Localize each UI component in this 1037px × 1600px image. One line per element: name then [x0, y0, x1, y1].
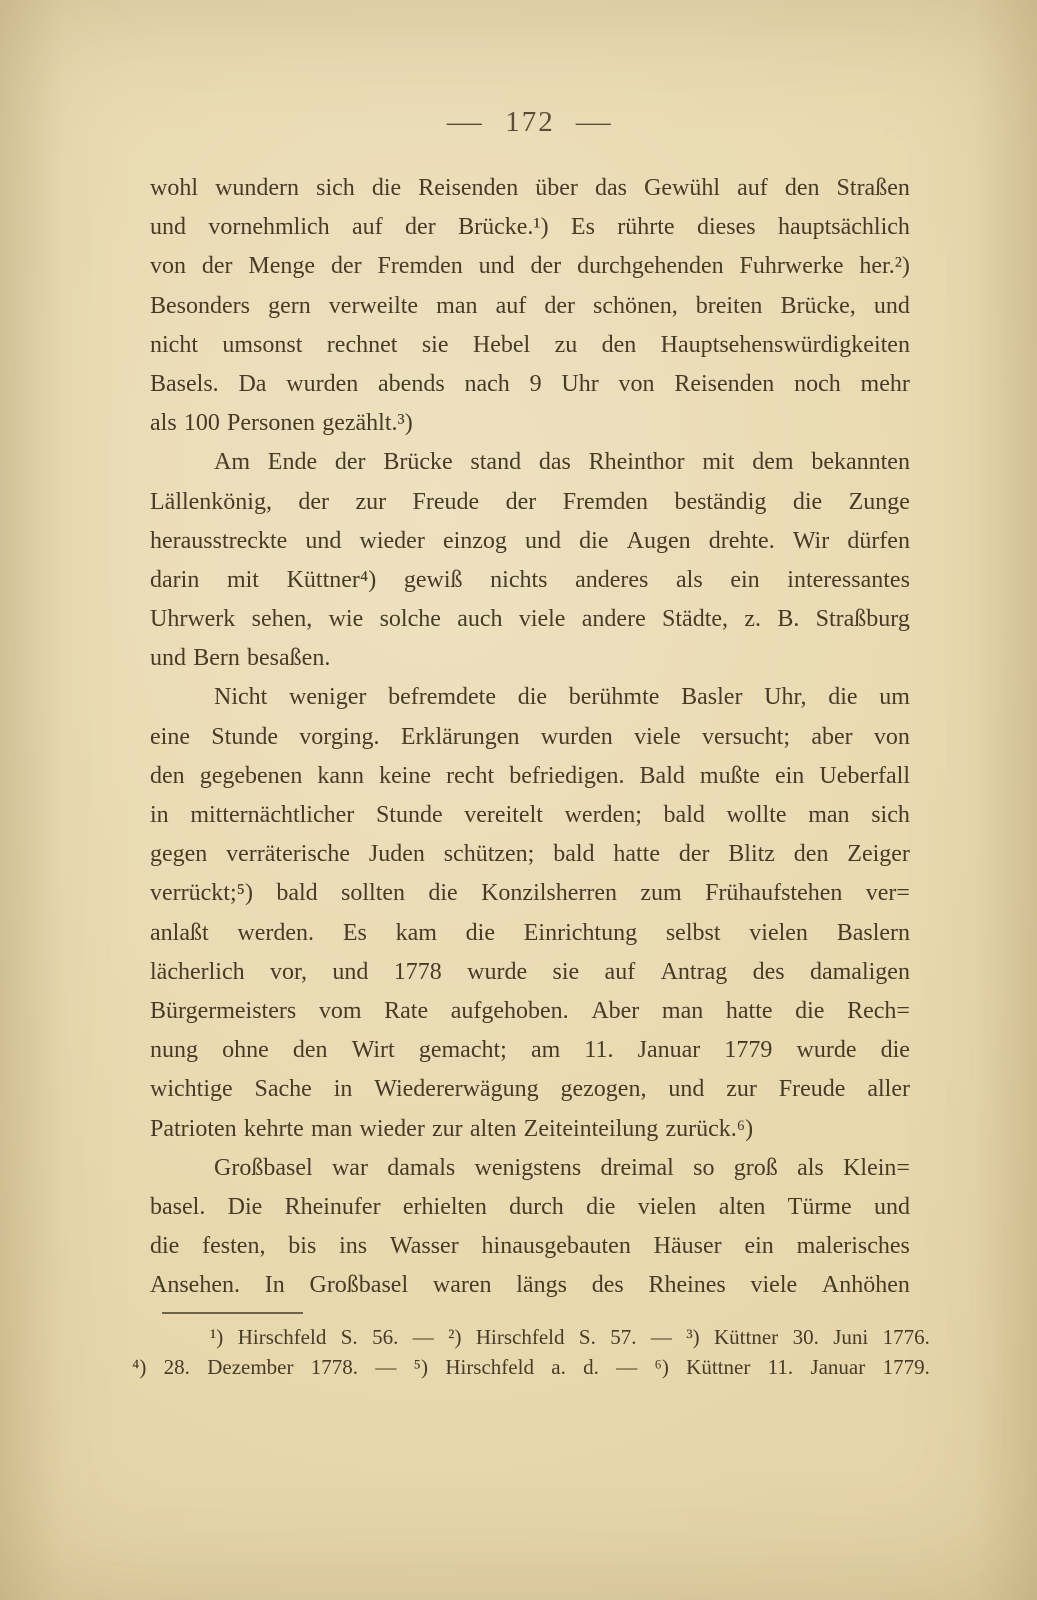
word: Da — [238, 365, 266, 404]
word: Städte, — [662, 600, 728, 639]
word: verweilte — [329, 287, 418, 326]
word: groß — [734, 1149, 778, 1188]
word: herausstreckte — [150, 522, 287, 561]
body-text-line: wohlwundernsichdieReisendenüberdasGewühl… — [150, 169, 910, 208]
header-dash-right: — — [576, 106, 613, 139]
word: Rheinufer — [285, 1188, 381, 1227]
word: am — [531, 1031, 560, 1070]
word: werden. — [237, 914, 314, 953]
word: gezogen, — [560, 1070, 646, 1109]
word: S. — [579, 1322, 596, 1352]
word: wieder — [360, 1110, 425, 1149]
word: Bald — [640, 757, 685, 796]
word: nichts — [490, 561, 547, 600]
word: Uhrwerk — [150, 600, 235, 639]
word: und — [479, 247, 515, 286]
body-text-line: eineStundevorging.Erklärungenwurdenviele… — [150, 718, 910, 757]
word: Es — [571, 208, 595, 247]
word: man — [662, 992, 703, 1031]
word: 1776. — [883, 1322, 930, 1352]
word: in — [334, 1070, 353, 1109]
word: 1779 — [724, 1031, 772, 1070]
word: befriedigen. — [509, 757, 624, 796]
header-dash-left: — — [447, 106, 484, 139]
word: Basler — [681, 678, 742, 717]
word: man — [808, 796, 849, 835]
word: die — [795, 992, 824, 1031]
word: Die — [228, 1188, 263, 1227]
word: viele — [751, 1266, 798, 1305]
word: ⁵) — [414, 1352, 428, 1382]
word: berühmte — [569, 678, 660, 717]
word: um — [879, 678, 910, 717]
word: kehrte — [244, 1110, 304, 1149]
word: sich — [316, 169, 355, 208]
word: Konzilsherren — [481, 874, 617, 913]
word: Juden — [369, 835, 425, 874]
word: die — [881, 1031, 910, 1070]
word: solche — [380, 600, 441, 639]
word: den — [150, 757, 185, 796]
word: zurück.⁶) — [665, 1110, 753, 1149]
word: des — [753, 953, 785, 992]
word: war — [332, 1149, 368, 1188]
word: anderes — [575, 561, 648, 600]
word: als — [797, 1149, 824, 1188]
body-text-line: darinmitKüttner⁴)gewißnichtsanderesalsei… — [150, 561, 910, 600]
body-text-line: nungohnedenWirtgemacht;am11.Januar1779wu… — [150, 1031, 910, 1070]
word: vornehmlich — [208, 208, 329, 247]
word: Wiedererwägung — [374, 1070, 538, 1109]
word: lächerlich — [150, 953, 245, 992]
word: Bern — [193, 639, 240, 678]
page-number: 172 — [505, 106, 555, 139]
body-text-line: inmitternächtlicherStundevereiteltwerden… — [150, 796, 910, 835]
word: Zunge — [849, 483, 910, 522]
word: her.²) — [859, 247, 910, 286]
word: Zeiger — [847, 835, 910, 874]
word: Wasser — [390, 1227, 459, 1266]
body-text-line: herausstreckteundwiedereinzogunddieAugen… — [150, 522, 910, 561]
word: interessantes — [787, 561, 910, 600]
word: der — [335, 443, 366, 482]
word: Hauptsehenswürdigkeiten — [661, 326, 910, 365]
word: gegebenen — [200, 757, 303, 796]
word: Häuser — [654, 1227, 722, 1266]
word: weniger — [289, 678, 366, 717]
word: S. — [341, 1322, 358, 1352]
word: hauptsächlich — [778, 208, 910, 247]
word: und — [150, 208, 186, 247]
word: so — [693, 1149, 714, 1188]
word: selbst — [666, 914, 721, 953]
word: gern — [268, 287, 311, 326]
word: bald — [276, 874, 317, 913]
word: gewiß — [404, 561, 463, 600]
word: Gewühl — [644, 169, 720, 208]
word: mitternächtlicher — [190, 796, 354, 835]
word: viele — [634, 718, 681, 757]
word: dürfen — [847, 522, 910, 561]
word: 28. — [164, 1352, 190, 1382]
word: einzog — [443, 522, 507, 561]
word: 1778 — [394, 953, 442, 992]
word: beständig — [674, 483, 766, 522]
book-page: — 172 — wohlwundernsichdieReisendenüberd… — [0, 0, 1037, 1600]
word: Besonders — [150, 287, 250, 326]
body-text-line: NichtwenigerbefremdetedieberühmteBaslerU… — [150, 678, 910, 717]
word: Ansehen. — [150, 1266, 240, 1305]
word: Hirschfeld — [445, 1352, 534, 1382]
word: andere — [582, 600, 646, 639]
word: damaligen — [810, 953, 910, 992]
word: gezählt.³) — [322, 404, 412, 443]
word: von — [619, 365, 655, 404]
word: zum — [640, 874, 681, 913]
word: hinausgebauten — [482, 1227, 631, 1266]
body-text-line: Basels.Dawurdenabendsnach9UhrvonReisende… — [150, 365, 910, 404]
word: vereitelt — [464, 796, 543, 835]
word: die — [518, 678, 547, 717]
word: erhielten — [403, 1188, 487, 1227]
word: Freude — [413, 483, 480, 522]
word: als — [150, 404, 177, 443]
body-text-line: undBernbesaßen. — [150, 639, 910, 678]
word: Bürgermeisters — [150, 992, 296, 1031]
footnote-line: ⁴)28.Dezember1778.—⁵)Hirschfelda.d.—⁶)Kü… — [132, 1352, 930, 1382]
word: in — [150, 796, 169, 835]
word: man — [311, 1110, 352, 1149]
word: bis — [288, 1227, 316, 1266]
word: aufgehoben. — [451, 992, 569, 1031]
word: noch — [794, 365, 841, 404]
word: dem — [752, 443, 793, 482]
body-text-line: basel.DieRheinufererhieltendurchdieviele… — [150, 1188, 910, 1227]
word: mit — [227, 561, 259, 600]
word: eine — [150, 718, 190, 757]
word: wieder — [360, 522, 425, 561]
word: auf — [352, 208, 383, 247]
word: Küttner — [714, 1322, 778, 1352]
word: Rheinthor — [589, 443, 685, 482]
word: gemacht; — [419, 1031, 507, 1070]
footnote-separator-rule — [162, 1312, 303, 1314]
word: — — [651, 1322, 672, 1352]
body-text-line: diefesten,bisinsWasserhinausgebautenHäus… — [150, 1227, 910, 1266]
word: 1779. — [883, 1352, 930, 1382]
word: Fuhrwerke — [740, 247, 844, 286]
word: Brücke — [383, 443, 452, 482]
word: nach — [464, 365, 509, 404]
word: bald — [664, 796, 705, 835]
word: Am — [214, 443, 250, 482]
word: Dezember — [207, 1352, 293, 1382]
body-text-line: Uhrwerksehen,wiesolcheauchvieleandereStä… — [150, 600, 910, 639]
word: dreimal — [601, 1149, 674, 1188]
word: alten — [470, 1110, 517, 1149]
word: der — [202, 247, 233, 286]
word: Stunde — [376, 796, 443, 835]
word: versucht; — [702, 718, 790, 757]
word: vom — [319, 992, 362, 1031]
body-text-line: anlaßtwerden.EskamdieEinrichtungselbstvi… — [150, 914, 910, 953]
word: 56. — [372, 1322, 398, 1352]
word: Straßen — [837, 169, 910, 208]
word: breiten — [696, 287, 763, 326]
word: gegen — [150, 835, 207, 874]
word: ohne — [222, 1031, 269, 1070]
word: und — [332, 953, 368, 992]
word: nung — [150, 1031, 198, 1070]
word: B. — [777, 600, 799, 639]
word: Küttner⁴) — [287, 561, 377, 600]
word: über — [535, 169, 578, 208]
word: 9 — [530, 365, 542, 404]
word: wurden — [286, 365, 358, 404]
word: werden; — [565, 796, 642, 835]
word: Großbasel — [309, 1266, 408, 1305]
word: kann — [317, 757, 364, 796]
word: Antrag — [661, 953, 728, 992]
word: bald — [553, 835, 594, 874]
word: der — [506, 483, 537, 522]
word: abends — [378, 365, 445, 404]
word: auf — [496, 287, 527, 326]
word: Januar — [638, 1031, 701, 1070]
word: zur — [355, 483, 386, 522]
word: schützen; — [444, 835, 535, 874]
body-text-line: Besondersgernverweiltemanaufderschönen,b… — [150, 287, 910, 326]
word: die — [466, 914, 495, 953]
word: den — [293, 1031, 328, 1070]
word: vorging. — [299, 718, 379, 757]
word: durch — [509, 1188, 564, 1227]
word: Straßburg — [816, 600, 910, 639]
word: Anhöhen — [822, 1266, 910, 1305]
word: Erklärungen — [401, 718, 520, 757]
word: ¹) — [210, 1322, 223, 1352]
word: und — [874, 1188, 910, 1227]
word: Ueberfall — [819, 757, 910, 796]
word: Aber — [591, 992, 639, 1031]
word: rechnet — [327, 326, 398, 365]
word: dieses — [697, 208, 756, 247]
word: wollte — [727, 796, 787, 835]
body-text-line: dengegebenenkannkeinerechtbefriedigen.Ba… — [150, 757, 910, 796]
word: Zeiteinteilung — [524, 1110, 659, 1149]
word: verrückt;⁵) — [150, 874, 253, 913]
body-text-line: Lällenkönig,derzurFreudederFremdenbestän… — [150, 483, 910, 522]
word: wohl — [150, 169, 198, 208]
word: des — [592, 1266, 624, 1305]
word: zur — [726, 1070, 757, 1109]
word: Basels. — [150, 365, 219, 404]
word: Ende — [268, 443, 317, 482]
footnote-line: ¹)HirschfeldS.56.—²)HirschfeldS.57.—³)Kü… — [132, 1322, 930, 1352]
word: Rate — [384, 992, 428, 1031]
word: Sache — [255, 1070, 312, 1109]
word: recht — [446, 757, 494, 796]
word: damals — [387, 1149, 455, 1188]
body-text-line: PatriotenkehrtemanwiederzuraltenZeiteint… — [150, 1110, 910, 1149]
word: Türme — [788, 1188, 852, 1227]
word: Brücke, — [781, 287, 856, 326]
word: 30. — [793, 1322, 819, 1352]
word: wenigstens — [475, 1149, 582, 1188]
word: die — [579, 522, 608, 561]
word: die — [828, 678, 857, 717]
word: sie — [553, 953, 580, 992]
word: keine — [379, 757, 431, 796]
word: wurde — [797, 1031, 857, 1070]
word: rührte — [617, 208, 674, 247]
word: alten — [719, 1188, 766, 1227]
body-text-line: undvornehmlichaufderBrücke.¹)Esrührtedie… — [150, 208, 910, 247]
word: stand — [470, 443, 521, 482]
body-text-line: Großbaselwardamalswenigstensdreimalsogro… — [150, 1149, 910, 1188]
word: und — [874, 287, 910, 326]
word: Uhr — [561, 365, 598, 404]
word: als — [676, 561, 703, 600]
word: wichtige — [150, 1070, 233, 1109]
body-text-line: wichtigeSacheinWiedererwägunggezogen,und… — [150, 1070, 910, 1109]
word: Fremden — [563, 483, 648, 522]
word: Juni — [833, 1322, 868, 1352]
word: der — [298, 483, 329, 522]
word: Hirschfeld — [238, 1322, 327, 1352]
word: der — [679, 835, 710, 874]
word: und — [525, 522, 561, 561]
word: auch — [457, 600, 502, 639]
word: drehte. — [709, 522, 775, 561]
word: der — [405, 208, 436, 247]
word: die — [586, 1188, 615, 1227]
word: Frühaufstehen — [705, 874, 842, 913]
word: wurden — [541, 718, 613, 757]
word: Nicht — [214, 678, 267, 717]
word: wie — [329, 600, 364, 639]
page-header: — 172 — — [150, 106, 910, 139]
word: den — [602, 326, 637, 365]
word: ver= — [866, 874, 910, 913]
word: Menge — [248, 247, 315, 286]
word: viele — [519, 600, 566, 639]
word: aller — [867, 1070, 910, 1109]
word: das — [595, 169, 627, 208]
body-text-line: vonderMengederFremdenundderdurchgehenden… — [150, 247, 910, 286]
word: mit — [702, 443, 734, 482]
body-text-line: AmEndederBrückestanddasRheinthormitdembe… — [150, 443, 910, 482]
word: wundern — [215, 169, 299, 208]
word: ein — [730, 561, 759, 600]
word: 11. — [768, 1352, 793, 1382]
word: z. — [744, 600, 761, 639]
word: Uhr, — [764, 678, 806, 717]
word: basel. — [150, 1188, 205, 1227]
word: 1778. — [311, 1352, 358, 1382]
word: sie — [422, 326, 449, 365]
word: Freude — [779, 1070, 846, 1109]
word: Einrichtung — [524, 914, 637, 953]
body-text: wohlwundernsichdieReisendenüberdasGewühl… — [150, 169, 910, 1305]
word: ein — [775, 757, 804, 796]
body-text-line: Ansehen.InGroßbaselwarenlängsdesRheinesv… — [150, 1266, 910, 1305]
word: ³) — [686, 1322, 699, 1352]
word: das — [539, 443, 571, 482]
word: d. — [583, 1352, 599, 1382]
word: Großbasel — [214, 1149, 313, 1188]
word: vielen — [749, 914, 808, 953]
word: man — [436, 287, 477, 326]
word: ²) — [448, 1322, 461, 1352]
word: die — [150, 1227, 179, 1266]
word: und — [305, 522, 341, 561]
word: Klein= — [843, 1149, 910, 1188]
word: der — [331, 247, 362, 286]
word: vielen — [638, 1188, 697, 1227]
word: bekannten — [811, 443, 910, 482]
word: von — [150, 247, 186, 286]
word: a. — [551, 1352, 566, 1382]
word: Blitz — [728, 835, 775, 874]
word: — — [616, 1352, 637, 1382]
word: mehr — [861, 365, 910, 404]
word: anlaßt — [150, 914, 209, 953]
word: — — [375, 1352, 396, 1382]
word: kam — [396, 914, 437, 953]
word: Küttner — [686, 1352, 750, 1382]
word: den — [785, 169, 820, 208]
word: besaßen. — [247, 639, 330, 678]
body-text-line: BürgermeistersvomRateaufgehoben.Abermanh… — [150, 992, 910, 1031]
word: Rheines — [648, 1266, 725, 1305]
body-text-line: lächerlichvor,und1778wurdesieaufAntragde… — [150, 953, 910, 992]
word: ins — [339, 1227, 367, 1266]
word: waren — [433, 1266, 492, 1305]
footnotes: ¹)HirschfeldS.56.—²)HirschfeldS.57.—³)Kü… — [132, 1322, 930, 1382]
word: zur — [432, 1110, 463, 1149]
word: Stunde — [211, 718, 278, 757]
word: umsonst — [222, 326, 302, 365]
word: Baslern — [837, 914, 910, 953]
word: die — [428, 874, 457, 913]
word: hatte — [726, 992, 773, 1031]
word: Augen — [627, 522, 691, 561]
word: Patrioten — [150, 1110, 237, 1149]
word: Januar — [810, 1352, 865, 1382]
word: sollten — [341, 874, 405, 913]
word: Fremden — [377, 247, 462, 286]
word: Personen — [227, 404, 315, 443]
word: vor, — [270, 953, 307, 992]
word: sich — [871, 796, 910, 835]
word: aber — [811, 718, 852, 757]
word: Rech= — [847, 992, 910, 1031]
word: Hebel — [473, 326, 530, 365]
word: die — [372, 169, 401, 208]
word: ⁶) — [655, 1352, 669, 1382]
word: Wirt — [352, 1031, 395, 1070]
word: hatte — [613, 835, 660, 874]
word: Es — [343, 914, 367, 953]
word: befremdete — [388, 678, 496, 717]
word: wurde — [467, 953, 527, 992]
body-text-line: verrückt;⁵)baldsolltendieKonzilsherrenzu… — [150, 874, 910, 913]
word: und — [668, 1070, 704, 1109]
word: 11. — [584, 1031, 613, 1070]
word: zu — [555, 326, 578, 365]
word: von — [874, 718, 910, 757]
